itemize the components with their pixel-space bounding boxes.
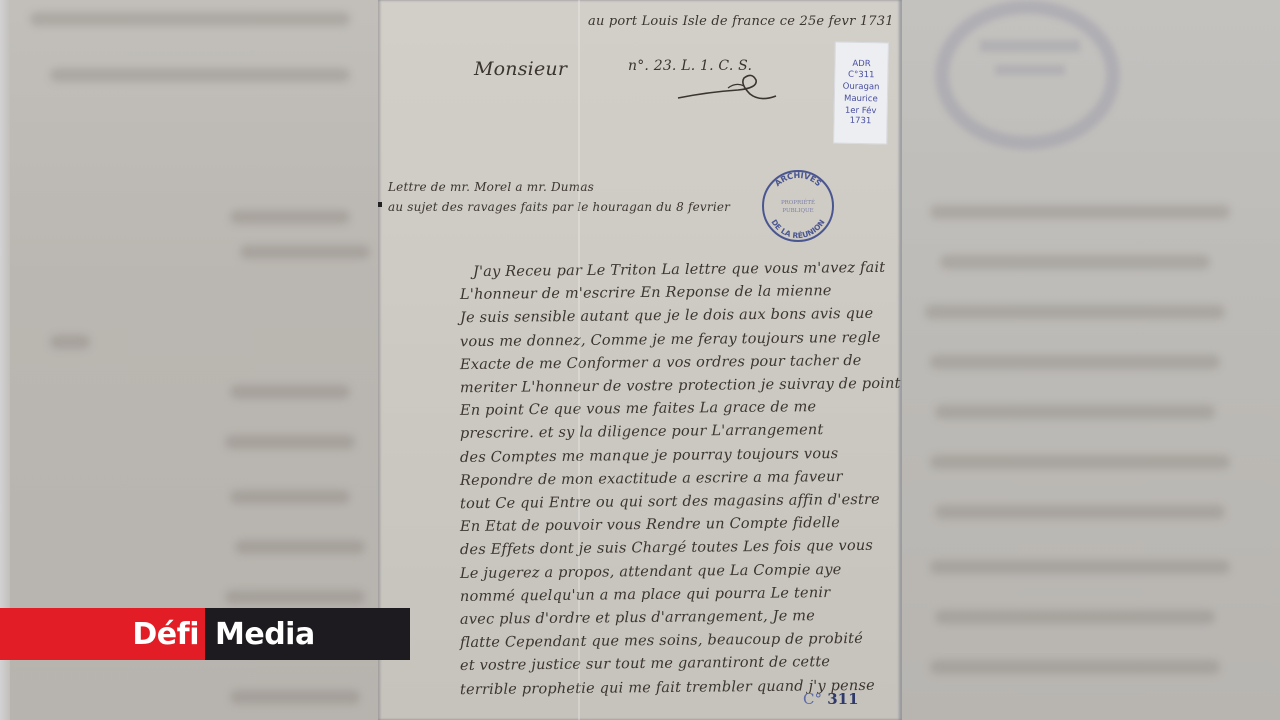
margin-ink-mark bbox=[378, 202, 382, 207]
letter-body-line: flatte Cependant que mes soins, beaucoup… bbox=[460, 631, 863, 651]
blurred-text-line bbox=[930, 455, 1230, 469]
archive-label-line: Maurice bbox=[844, 95, 878, 105]
svg-text:ARCHIVES: ARCHIVES bbox=[773, 171, 823, 188]
letter-body-line: En Etat de pouvoir vous Rendre un Compte… bbox=[460, 515, 840, 535]
blurred-text-line bbox=[940, 255, 1210, 269]
blurred-stamp-shape bbox=[935, 0, 1120, 150]
letter-body-line: meriter L'honneur de vostre protection j… bbox=[460, 376, 901, 397]
historical-letter: au port Louis Isle de france ce 25e fevr… bbox=[378, 0, 902, 720]
logo-media-block: Media bbox=[205, 608, 410, 660]
blurred-text-line bbox=[230, 210, 350, 224]
blurred-text-line bbox=[935, 610, 1215, 624]
logo-defi-block: Défi bbox=[0, 608, 205, 660]
blurred-text-line bbox=[235, 540, 365, 554]
letter-body-line: avec plus d'ordre et plus d'arrangement,… bbox=[460, 608, 815, 628]
blurred-text-line bbox=[930, 560, 1230, 574]
letter-subject-line: au sujet des ravages faits par le hourag… bbox=[388, 200, 730, 214]
letter-body-line: Exacte de me Conformer a vos ordres pour… bbox=[460, 353, 862, 373]
letter-body-line: nommé quelqu'un a ma place qui pourra Le… bbox=[460, 585, 830, 605]
defi-media-logo: Défi Media bbox=[0, 608, 410, 660]
letter-body-line: Je suis sensible autant que je le dois a… bbox=[460, 306, 874, 326]
letter-body-line: et vostre justice sur tout me garantiron… bbox=[460, 654, 830, 674]
blurred-text-line bbox=[240, 245, 370, 259]
blurred-text-line bbox=[50, 335, 90, 349]
collection-reference-prefix: C° bbox=[803, 690, 822, 708]
blurred-text-line bbox=[930, 355, 1220, 369]
svg-text:DE LA RÉUNION: DE LA RÉUNION bbox=[769, 218, 826, 240]
letter-body-line: Le jugerez a propos, attendant que La Co… bbox=[460, 562, 842, 582]
letter-body-line: Repondre de mon exactitude a escrire a m… bbox=[460, 469, 843, 489]
archive-label-line: C°311 bbox=[848, 71, 875, 81]
blurred-text-line bbox=[935, 405, 1215, 419]
letter-body-line: L'honneur de m'escrire En Reponse de la … bbox=[460, 283, 832, 303]
collection-reference-stamp: C° 311 bbox=[803, 690, 859, 708]
blurred-text-line bbox=[930, 205, 1230, 219]
photo-stage: au port Louis Isle de france ce 25e fevr… bbox=[0, 0, 1280, 720]
archive-label-tag: ADR C°311 Ouragan Maurice 1er Fév 1731 bbox=[833, 42, 889, 145]
archive-label-line: ADR bbox=[852, 60, 870, 70]
svg-text:PUBLIQUE: PUBLIQUE bbox=[782, 208, 813, 214]
blurred-text-line bbox=[925, 305, 1225, 319]
letter-body-line: J'ay Receu par Le Triton La lettre que v… bbox=[473, 260, 885, 280]
blurred-text-line bbox=[230, 690, 360, 704]
archive-label-line: 1er Fév 1731 bbox=[834, 106, 886, 126]
letter-body-line: des Effets dont je suis Chargé toutes Le… bbox=[460, 538, 873, 558]
blurred-text-line bbox=[225, 435, 355, 449]
archives-reunion-stamp-icon: ARCHIVES DE LA RÉUNION PROPRIÉTÉ PUBLIQU… bbox=[760, 168, 836, 244]
svg-text:PROPRIÉTÉ: PROPRIÉTÉ bbox=[781, 198, 815, 206]
blurred-text-line bbox=[50, 68, 350, 82]
letter-body-line: vous me donnez, Comme je me feray toujou… bbox=[460, 329, 881, 349]
blurred-text-line bbox=[225, 590, 365, 604]
blurred-text-line bbox=[230, 490, 350, 504]
collection-reference-number: 311 bbox=[827, 690, 858, 708]
archive-label-line: Ouragan bbox=[843, 83, 880, 93]
signature-flourish-icon bbox=[668, 70, 788, 110]
letter-body-line: prescrire. et sy la diligence pour L'arr… bbox=[460, 422, 824, 442]
letter-body-line: des Comptes me manque je pourray toujour… bbox=[460, 446, 839, 466]
blurred-stamp-text bbox=[995, 65, 1065, 75]
blurred-text-line bbox=[30, 12, 350, 26]
letter-body-line: tout Ce qui Entre ou qui sort des magasi… bbox=[460, 492, 880, 512]
letter-body-line: En point Ce que vous me faites La grace … bbox=[460, 399, 816, 419]
blurred-text-line bbox=[230, 385, 350, 399]
blurred-stamp-text bbox=[980, 40, 1080, 52]
letter-dateline: au port Louis Isle de france ce 25e fevr… bbox=[588, 14, 894, 29]
letter-subject-line: Lettre de mr. Morel a mr. Dumas bbox=[388, 180, 594, 194]
letter-salutation: Monsieur bbox=[474, 58, 567, 80]
blurred-text-line bbox=[930, 660, 1220, 674]
blurred-text-line bbox=[935, 505, 1225, 519]
